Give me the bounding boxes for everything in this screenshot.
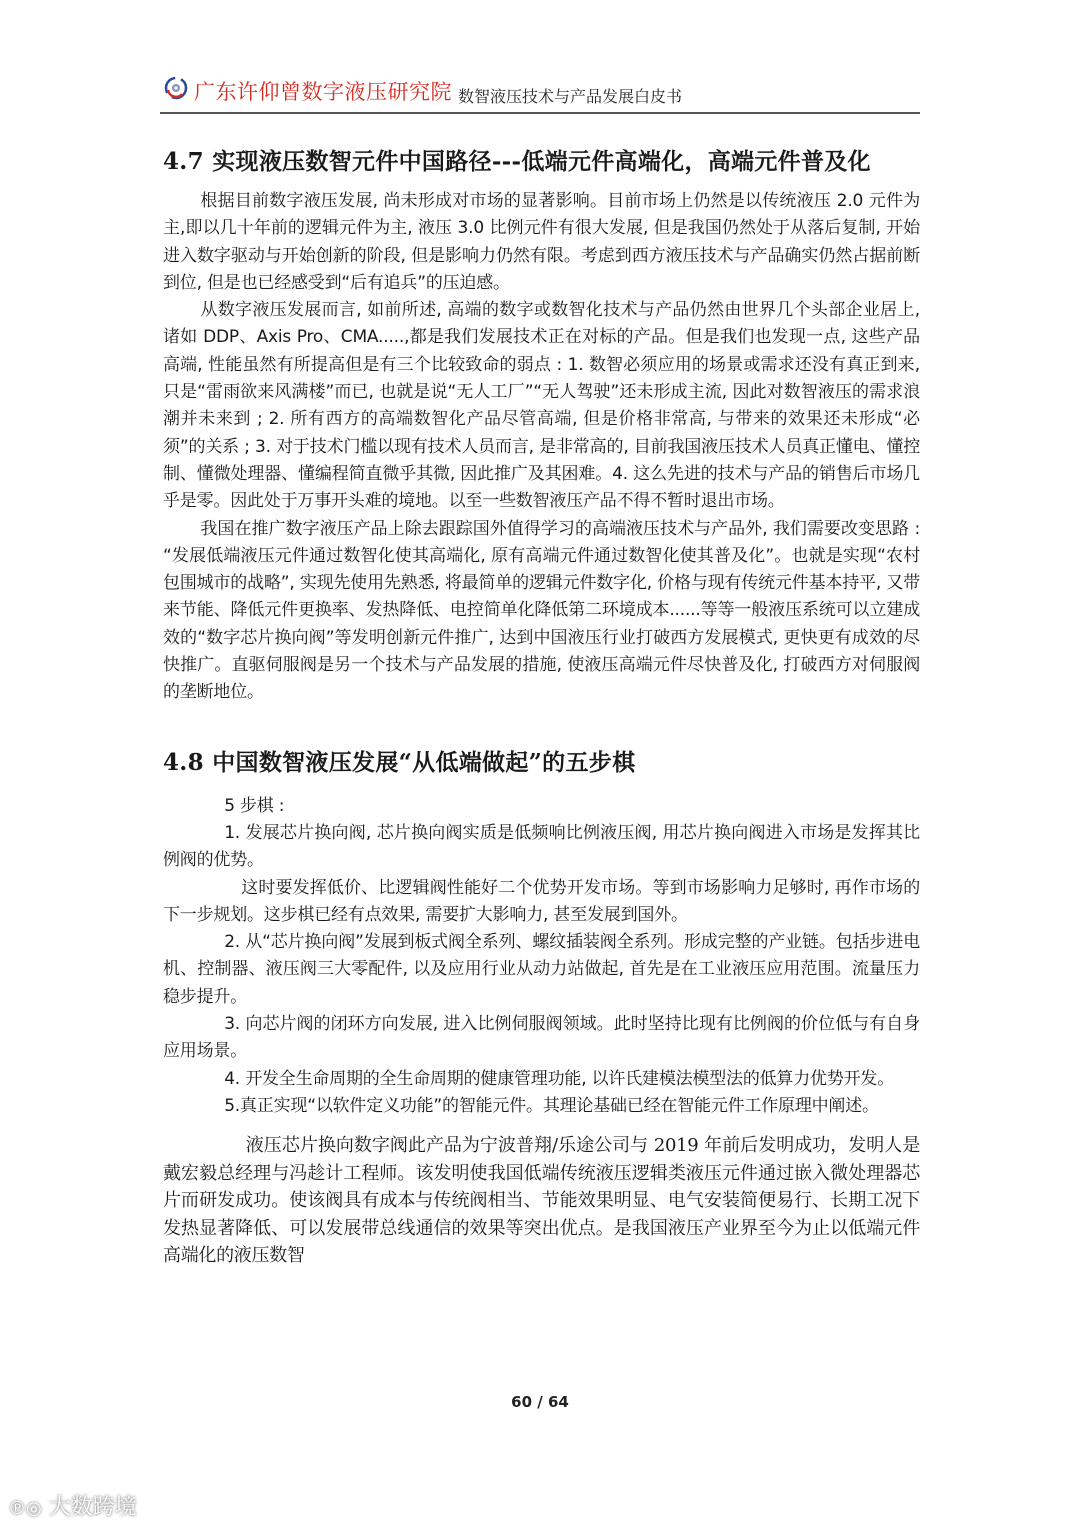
watermark-text: 大数跨境 [49,1495,137,1520]
page-header: 广东许仰曾数字液压研究院 数智液压技术与产品发展白皮书 [160,70,920,114]
paragraph: 我国在推广数字液压产品上除去跟踪国外值得学习的高端液压技术与产品外, 我们需要改… [163,516,920,707]
section-heading-4-8: 4.8 中国数智液压发展“从低端做起”的五步棋 [163,741,920,785]
step-item: 5.真正实现“以软件定义功能”的智能元件。其理论基础已经在智能元件工作原理中阐述… [163,1093,920,1120]
step-item: 2. 从“芯片换向阀”发展到板式阀全系列、螺纹插装阀全系列。形成完整的产业链。包… [163,929,920,1011]
step-item: 1. 发展芯片换向阀, 芯片换向阀实质是低频响比例液压阀, 用芯片换向阀进入市场… [163,820,920,875]
closing-paragraph: 液压芯片换向数字阀此产品为宁波普翔/乐途公司与 2019 年前后发明成功，发明人… [163,1132,920,1270]
watermark: ℗◎ 大数跨境 [8,1490,137,1521]
steps-intro: 5 步棋 : [163,793,920,820]
kuajing-logo-icon: ℗◎ [8,1498,42,1519]
step-item: 3. 向芯片阀的闭环方向发展, 进入比例伺服阀领域。此时坚持比现有比例阀的价位低… [163,1011,920,1066]
section-heading-4-7: 4.7 实现液压数智元件中国路径---低端元件高端化，高端元件普及化 [163,140,920,184]
gear-swirl-logo-icon [164,76,188,100]
paragraph: 从数字液压发展而言, 如前所述, 高端的数字或数智化技术与产品仍然由世界几个头部… [163,297,920,515]
page-number: 60 / 64 [0,1393,1080,1411]
organization-name: 广东许仰曾数字液压研究院 [194,76,452,106]
paragraph: 根据目前数字液压发展, 尚未形成对市场的显著影响。目前市场上仍然是以传统液压 2… [163,188,920,297]
step-note: 这时要发挥低价、比逻辑阀性能好二个优势开发市场。等到市场影响力足够时, 再作市场… [163,875,920,930]
page-content: 4.7 实现液压数智元件中国路径---低端元件高端化，高端元件普及化 根据目前数… [163,140,920,1270]
document-title: 数智液压技术与产品发展白皮书 [458,84,682,107]
step-item: 4. 开发全生命周期的全生命周期的健康管理功能, 以许氏建模法模型法的低算力优势… [163,1066,920,1093]
